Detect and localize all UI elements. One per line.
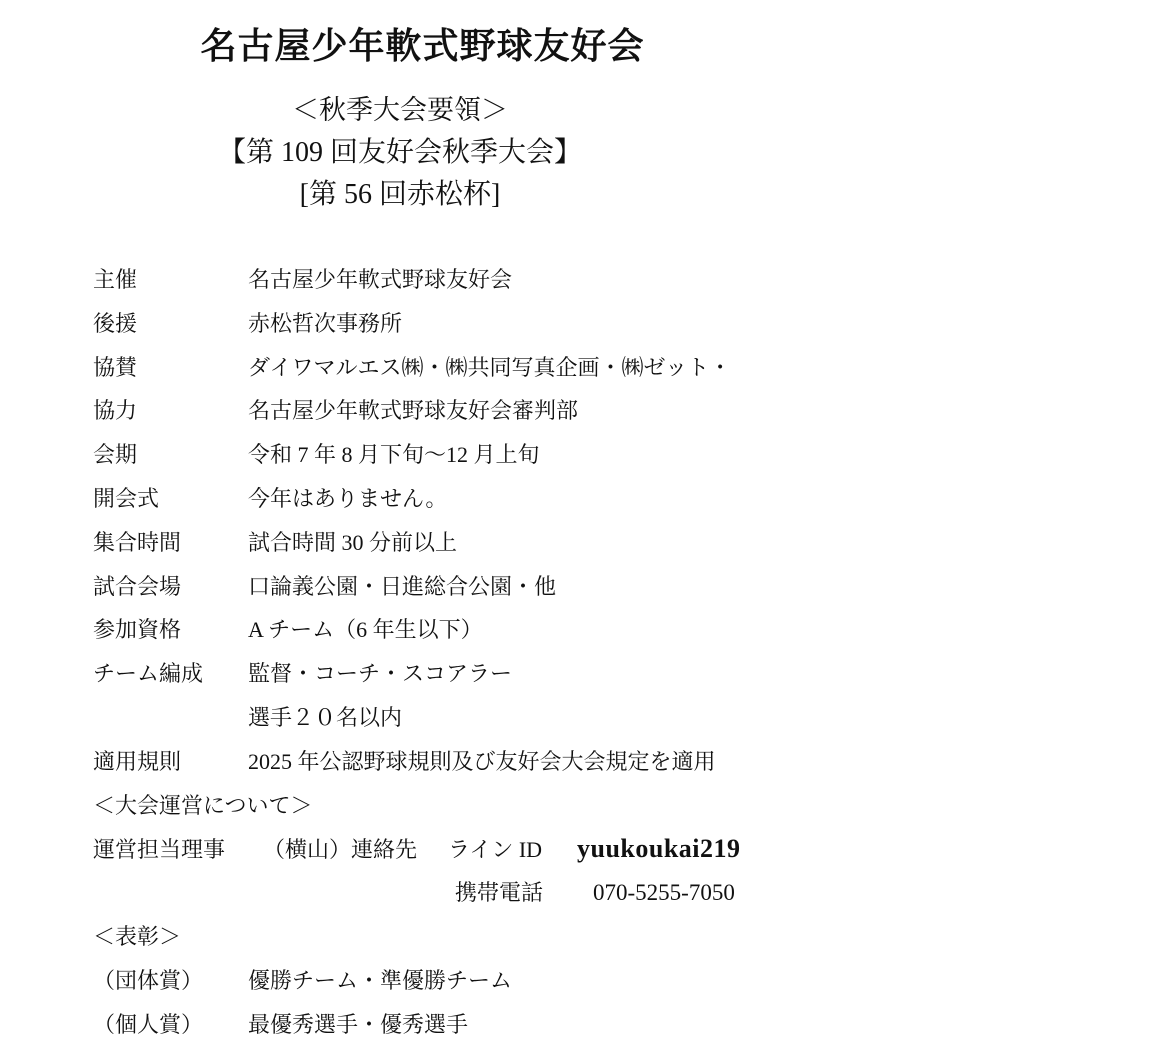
detail-label: 開会式 xyxy=(93,477,248,521)
award-row-individual: （個人賞） 最優秀選手・優秀選手 xyxy=(93,1003,1073,1042)
award-value: 優勝チーム・準優勝チーム xyxy=(248,959,1073,1003)
award-row-team: （団体賞） 優勝チーム・準優勝チーム xyxy=(93,959,1073,1003)
detail-value: A チーム（6 年生以下） xyxy=(248,608,1073,652)
detail-value: ダイワマルエス㈱・㈱共同写真企画・㈱ゼット・ xyxy=(248,346,1073,390)
subtitle-outline: ＜秋季大会要領＞ xyxy=(0,88,800,127)
detail-label: 試合会場 xyxy=(93,565,248,609)
detail-label: 協力 xyxy=(93,389,248,433)
award-value: 最優秀選手・優秀選手 xyxy=(248,1003,1073,1042)
detail-row-opening-ceremony: 開会式 今年はありません。 xyxy=(93,477,1073,521)
detail-row-meeting-time: 集合時間 試合時間 30 分前以上 xyxy=(93,521,1073,565)
detail-label: チーム編成 xyxy=(93,652,248,696)
detail-row-team-composition: チーム編成 監督・コーチ・スコアラー xyxy=(93,652,1073,696)
operations-role-label: 運営担当理事 xyxy=(93,828,263,872)
operations-contact-name: （横山）連絡先 xyxy=(263,828,448,872)
detail-label: 会期 xyxy=(93,433,248,477)
subtitle-cup: [第 56 回赤松杯] xyxy=(0,172,800,212)
detail-value: 口論義公園・日進総合公園・他 xyxy=(248,565,1073,609)
detail-value: 令和 7 年 8 月下旬～12 月上旬 xyxy=(248,433,1073,477)
detail-row-period: 会期 令和 7 年 8 月下旬～12 月上旬 xyxy=(93,433,1073,477)
detail-value: 選手２０名以内 xyxy=(248,696,1073,740)
award-label: （個人賞） xyxy=(93,1003,248,1042)
detail-label: 参加資格 xyxy=(93,608,248,652)
operations-phone-row: 携帯電話 070-5255-7050 xyxy=(93,871,1073,915)
detail-row-cooperation: 協力 名古屋少年軟式野球友好会審判部 xyxy=(93,389,1073,433)
detail-label: 集合時間 xyxy=(93,521,248,565)
detail-row-team-composition-cont: 選手２０名以内 xyxy=(93,696,1073,740)
phone-label: 携帯電話 xyxy=(455,871,593,915)
detail-value: 今年はありません。 xyxy=(248,477,1073,521)
document-body: 主催 名古屋少年軟式野球友好会 後援 赤松哲次事務所 協賛 ダイワマルエス㈱・㈱… xyxy=(93,258,1073,1042)
detail-row-organizer: 主催 名古屋少年軟式野球友好会 xyxy=(93,258,1073,302)
phone-number: 070-5255-7050 xyxy=(593,871,735,915)
document-page: 名古屋少年軟式野球友好会 ＜秋季大会要領＞ 【第 109 回友好会秋季大会】 [… xyxy=(0,0,1152,1042)
line-id-value: yuukoukai219 xyxy=(577,827,741,871)
detail-row-support: 後援 赤松哲次事務所 xyxy=(93,302,1073,346)
award-label: （団体賞） xyxy=(93,959,248,1003)
subtitle-tournament: 【第 109 回友好会秋季大会】 xyxy=(0,130,800,170)
detail-label: 主催 xyxy=(93,258,248,302)
detail-row-rules: 適用規則 2025 年公認野球規則及び友好会大会規定を適用 xyxy=(93,740,1073,784)
detail-label-empty xyxy=(93,696,248,740)
detail-value: 試合時間 30 分前以上 xyxy=(248,521,1073,565)
detail-label: 協賛 xyxy=(93,346,248,390)
detail-label: 後援 xyxy=(93,302,248,346)
section-heading-awards: ＜表彰＞ xyxy=(93,915,1073,959)
page-title: 名古屋少年軟式野球友好会 xyxy=(0,18,845,69)
detail-value: 名古屋少年軟式野球友好会 xyxy=(248,258,1073,302)
detail-row-sponsor: 協賛 ダイワマルエス㈱・㈱共同写真企画・㈱ゼット・ xyxy=(93,346,1073,390)
detail-value: 監督・コーチ・スコアラー xyxy=(248,652,1073,696)
detail-label: 適用規則 xyxy=(93,740,248,784)
section-heading-operations: ＜大会運営について＞ xyxy=(93,784,1073,828)
line-id-label: ライン ID xyxy=(448,828,577,872)
detail-value: 赤松哲次事務所 xyxy=(248,302,1073,346)
detail-value: 2025 年公認野球規則及び友好会大会規定を適用 xyxy=(248,740,1073,784)
operations-contact-row: 運営担当理事 （横山）連絡先 ライン ID yuukoukai219 xyxy=(93,827,1073,871)
detail-value: 名古屋少年軟式野球友好会審判部 xyxy=(248,389,1073,433)
detail-row-eligibility: 参加資格 A チーム（6 年生以下） xyxy=(93,608,1073,652)
detail-row-venue: 試合会場 口論義公園・日進総合公園・他 xyxy=(93,565,1073,609)
